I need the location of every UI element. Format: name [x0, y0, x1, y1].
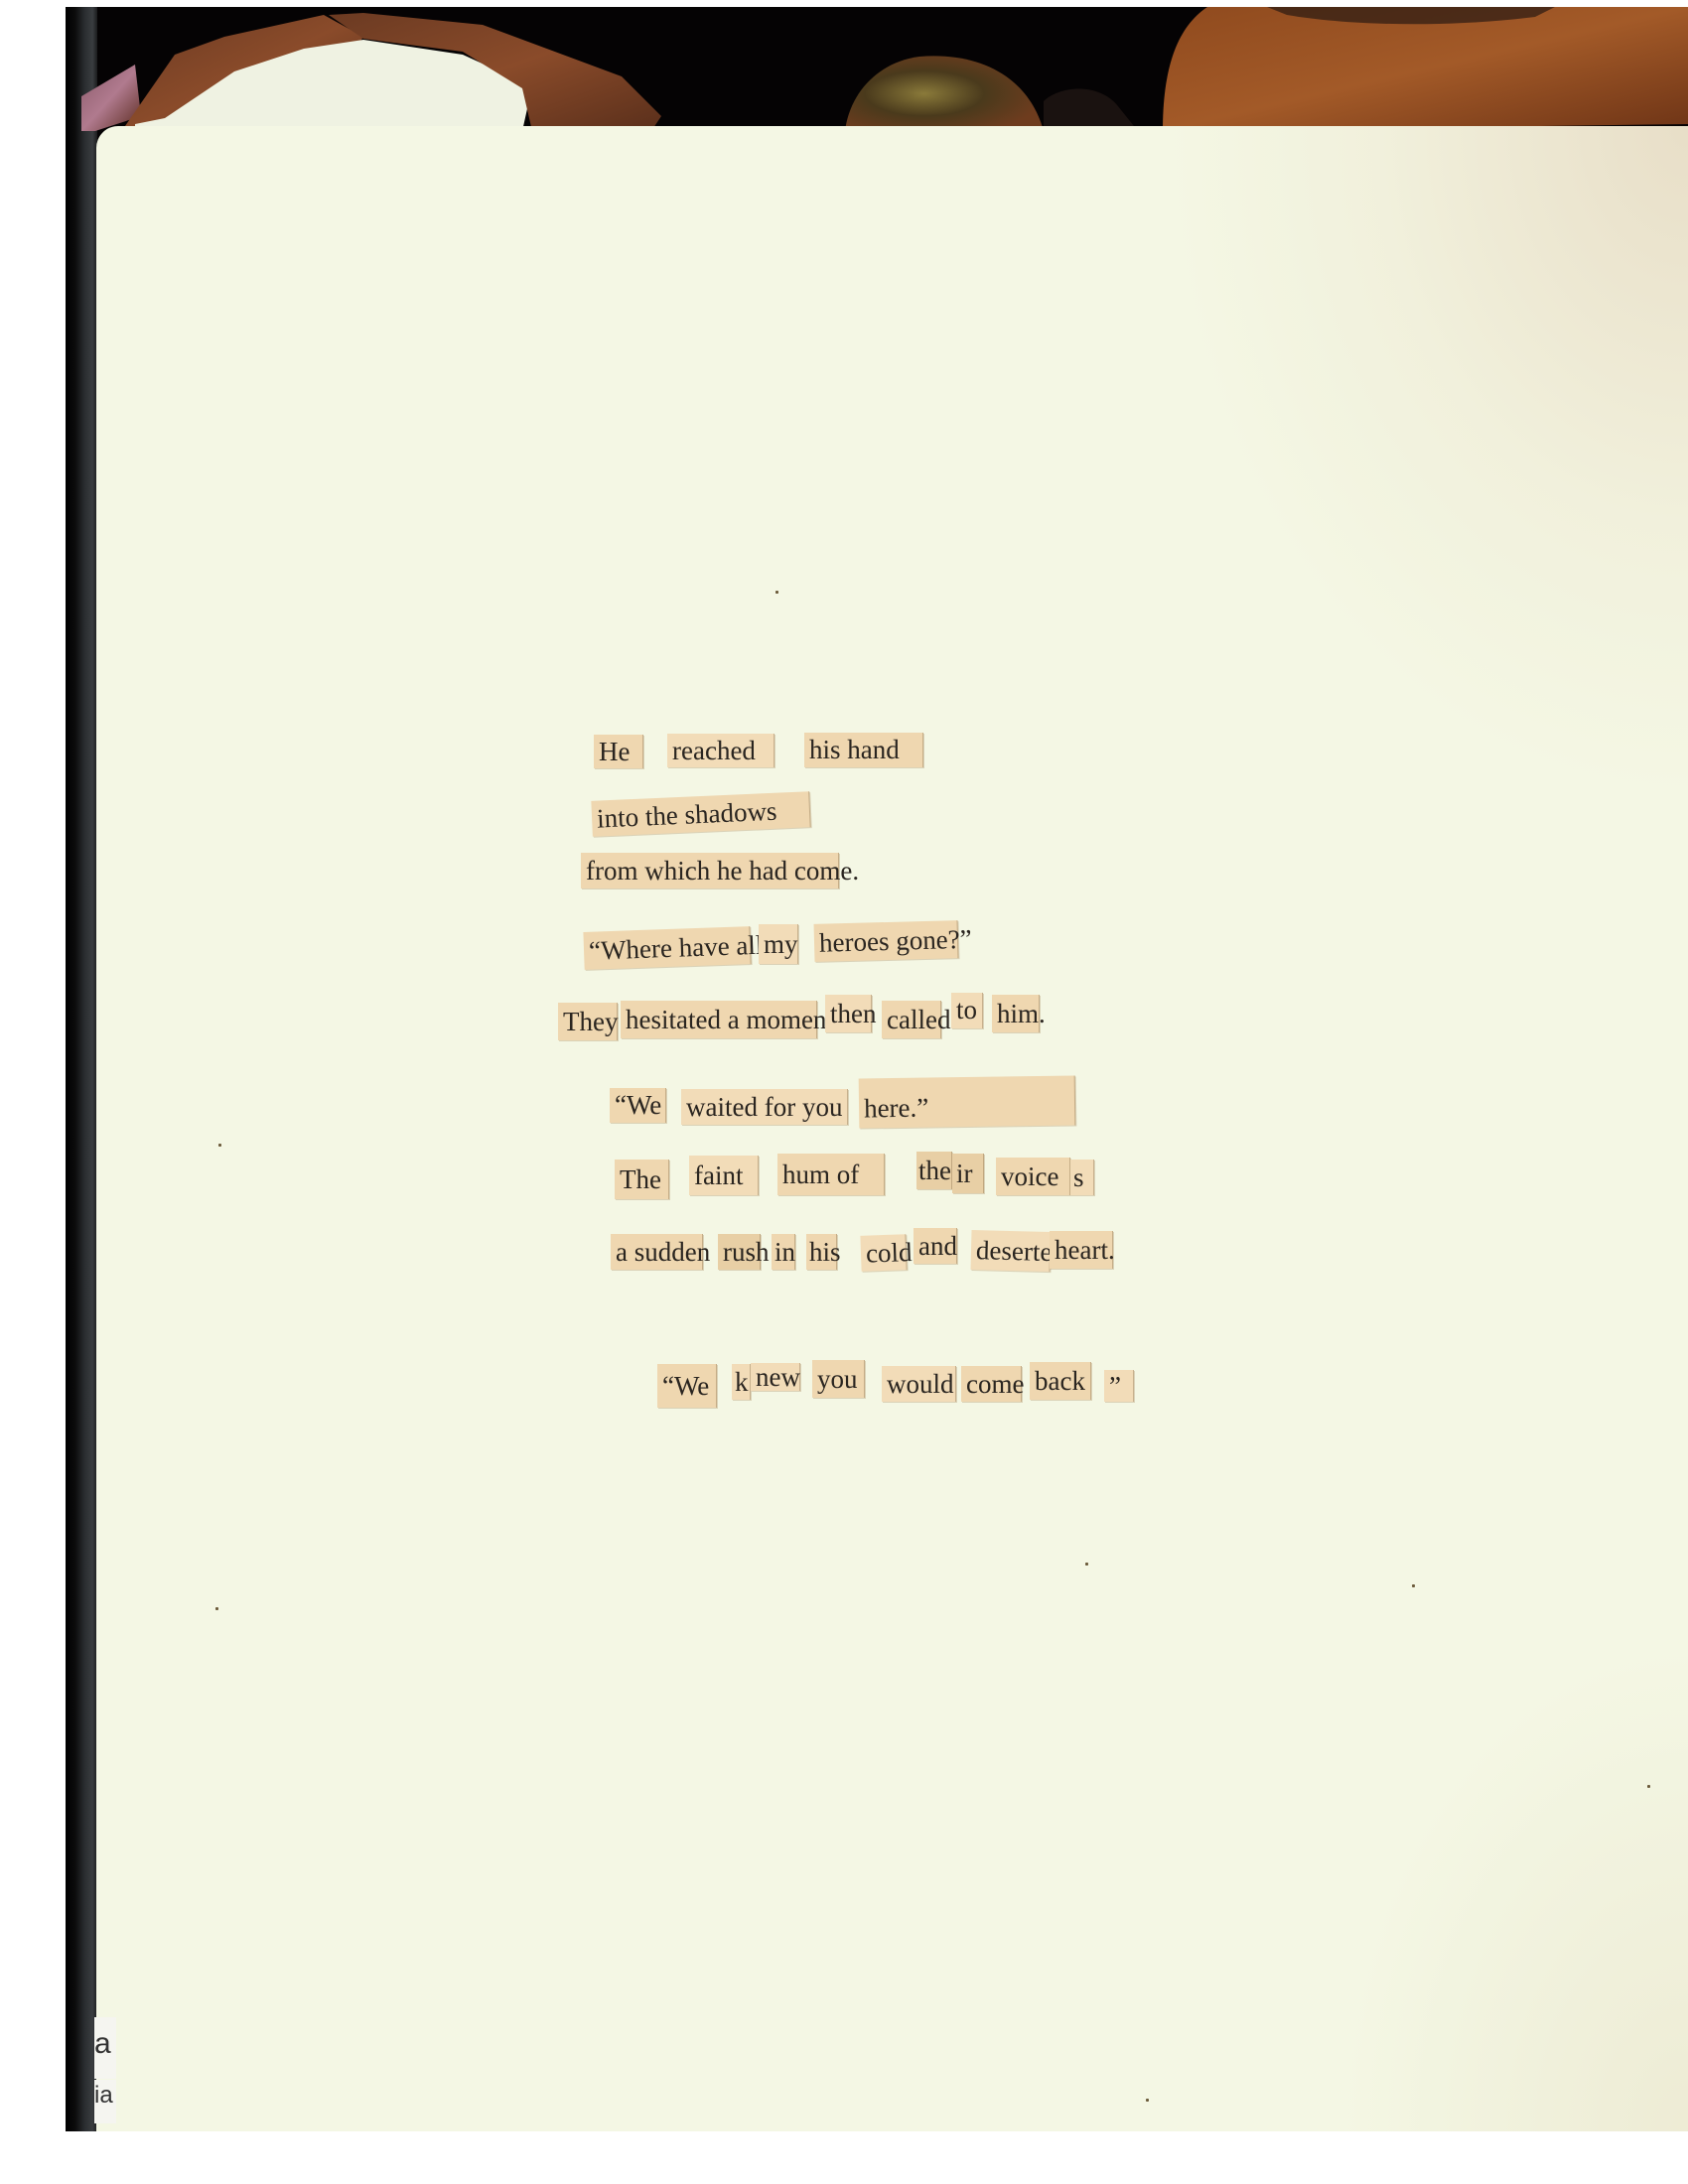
speck: [1146, 2099, 1149, 2102]
clipping: and: [914, 1228, 957, 1264]
clipping: come: [961, 1366, 1022, 1402]
clipping: from which he had come.: [581, 853, 839, 888]
clipping: faint: [689, 1156, 759, 1195]
clipping: hum of: [777, 1154, 885, 1195]
clipping: He: [594, 735, 643, 768]
cream-page: [96, 126, 1688, 2131]
clipping: “We: [657, 1364, 717, 1408]
clipping: The: [615, 1160, 669, 1199]
clipping: s: [1070, 1160, 1094, 1195]
torn-collage-top: [66, 7, 1688, 136]
clipping: a sudden: [611, 1234, 703, 1270]
speck: [215, 1607, 218, 1610]
clipping: hesitated a moment: [621, 1001, 817, 1038]
speck: [1647, 1785, 1650, 1788]
clipping: his: [806, 1234, 837, 1270]
clipping: the: [916, 1152, 952, 1189]
clipping: k: [732, 1364, 751, 1400]
margin-tab-top: a: [94, 2017, 116, 2079]
clipping: ”: [1104, 1370, 1134, 1402]
clipping: deserted: [970, 1230, 1051, 1272]
clipping: rush: [718, 1234, 761, 1270]
clipping: reached: [667, 734, 774, 767]
book-binding: [66, 7, 97, 2131]
clipping: new: [751, 1363, 800, 1391]
speck: [1412, 1584, 1415, 1587]
clipping: heart.: [1050, 1231, 1113, 1269]
clipping: heroes gone?”: [814, 920, 959, 962]
clipping: would: [882, 1366, 956, 1402]
speck: [1085, 1563, 1088, 1566]
margin-tab-text: ia: [94, 2082, 113, 2109]
speck: [218, 1144, 221, 1147]
clipping: his hand: [804, 733, 923, 767]
clipping: you: [812, 1360, 865, 1398]
clipping: then: [825, 995, 872, 1032]
clipping: back: [1030, 1362, 1091, 1400]
clipping: waited for you: [681, 1089, 848, 1125]
clipping: called: [882, 1001, 941, 1038]
clipping: him.: [992, 995, 1040, 1032]
clipping: my: [759, 924, 798, 964]
clipping: cold: [860, 1234, 907, 1272]
clipping: here.”: [859, 1075, 1076, 1128]
clipping: voice: [996, 1158, 1070, 1195]
clipping: “Where have all: [583, 926, 751, 970]
clipping: in: [772, 1234, 795, 1270]
clipping: to: [951, 993, 983, 1028]
clipping: ir: [952, 1154, 984, 1193]
scanned-page: a ia: [66, 7, 1688, 2131]
clipping: They: [558, 1003, 618, 1040]
margin-tab-bottom: ia: [94, 2080, 116, 2123]
margin-tab-text: a: [94, 2027, 111, 2060]
speck: [775, 591, 778, 594]
clipping: “We: [610, 1088, 666, 1123]
